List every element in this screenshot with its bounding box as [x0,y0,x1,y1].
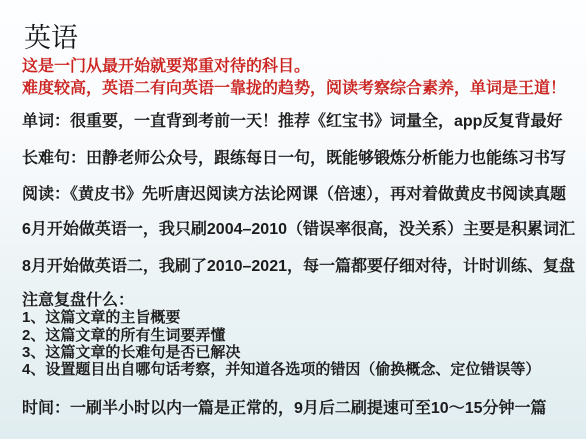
paragraph-words: 单词：很重要，一直背到考前一天！推荐《红宝书》词量全，app反复背最好 [22,113,562,131]
paragraph-reading: 阅读：《黄皮书》先听唐迟阅读方法论网课（倍速），再对着做黄皮书阅读真题 [22,186,566,204]
page-title: 英语 [24,25,78,52]
paragraph-sentences: 长难句：田静老师公众号，跟练每日一句，既能够锻炼分析能力也能练习书写 [22,150,566,168]
intro-line-2: 难度较高，英语二有向英语一靠拢的趋势，阅读考察综合素养，单词是王道！ [22,80,566,98]
paragraph-august-plan: 8月开始做英语二，我刷了2010–2021，每一篇都要仔细对待，计时训练、复盘 [22,258,575,276]
review-item-4: 4、设置题目出自哪句话考察，并知道各选项的错因（偷换概念、定位错误等） [22,362,540,379]
review-item-2: 2、这篇文章的所有生词要弄懂 [22,328,225,345]
review-item-3: 3、这篇文章的长难句是否已解决 [22,345,240,362]
intro-line-1: 这是一门从最开始就要郑重对待的科目。 [22,58,310,76]
review-item-1: 1、这篇文章的主旨概要 [22,310,180,327]
time-line: 时间：一刷半小时以内一篇是正常的，9月后二刷提速可至10～15分钟一篇 [22,400,547,418]
slide: 英语 这是一门从最开始就要郑重对待的科目。 难度较高，英语二有向英语一靠拢的趋势… [0,0,586,439]
review-heading: 注意复盘什么： [22,292,134,310]
paragraph-june-plan: 6月开始做英语一，我只刷2004–2010（错误率很高，没关系）主要是积累词汇 [22,221,575,239]
